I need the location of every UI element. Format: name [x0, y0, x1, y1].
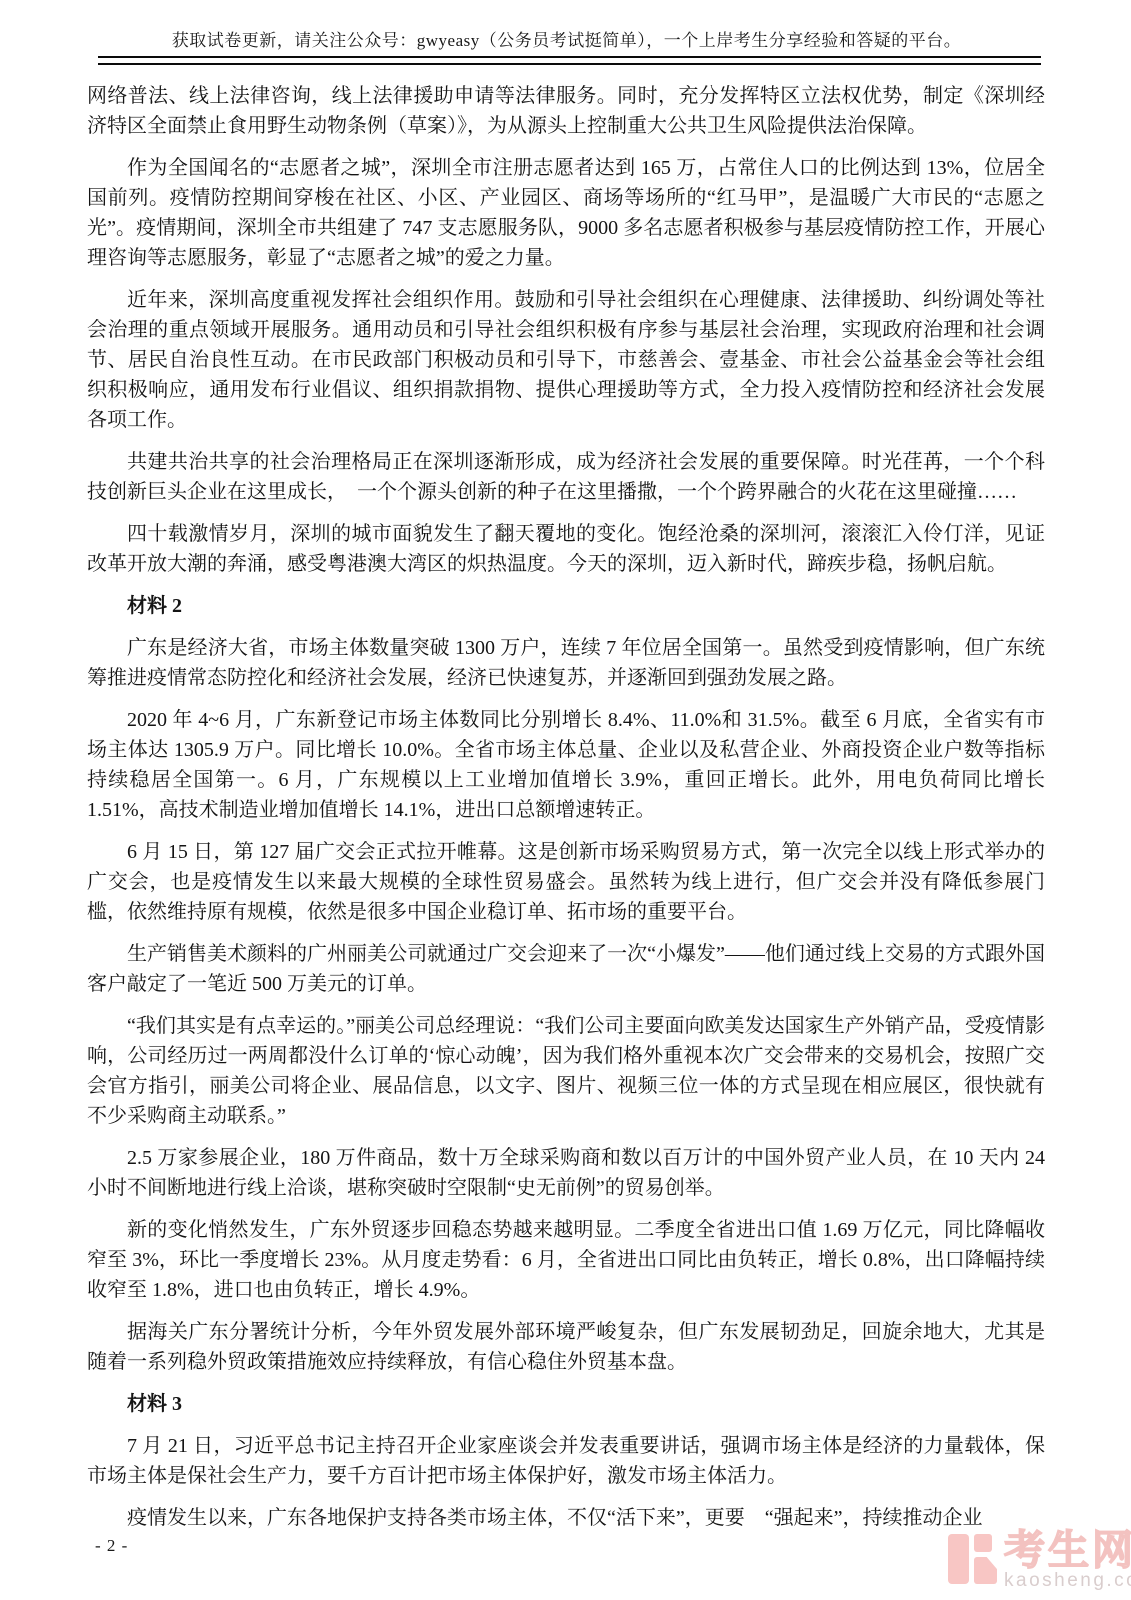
watermark-site-url: kaosheng.com — [1004, 1571, 1131, 1590]
document-content: 网络普法、线上法律咨询，线上法律援助申请等法律服务。同时，充分发挥特区立法权优势… — [87, 81, 1045, 1545]
logo-block-bottom — [974, 1557, 997, 1584]
paragraph: 共建共治共享的社会治理格局正在深圳逐渐形成，成为经济社会发展的重要保障。时光荏苒… — [87, 447, 1045, 507]
watermark-text: 考生网 kaosheng.com — [1004, 1530, 1131, 1590]
material-heading: 材料 2 — [87, 591, 1045, 621]
paragraph: 四十载激情岁月，深圳的城市面貌发生了翻天覆地的变化。饱经沧桑的深圳河，滚滚汇入伶… — [87, 519, 1045, 579]
kaosheng-logo-icon — [948, 1534, 998, 1584]
paragraph: 生产销售美术颜料的广州丽美公司就通过广交会迎来了一次“小爆发”——他们通过线上交… — [87, 939, 1045, 999]
paragraph: 据海关广东分署统计分析，今年外贸发展外部环境严峻复杂，但广东发展韧劲足，回旋余地… — [87, 1317, 1045, 1377]
watermark-site-name: 考生网 — [1004, 1530, 1131, 1570]
paragraph: 广东是经济大省，市场主体数量突破 1300 万户，连续 7 年位居全国第一。虽然… — [87, 633, 1045, 693]
paragraph: “我们其实是有点幸运的。”丽美公司总经理说：“我们公司主要面向欧美发达国家生产外… — [87, 1011, 1045, 1131]
material-heading: 材料 3 — [87, 1389, 1045, 1419]
paragraph: 新的变化悄然发生，广东外贸逐步回稳态势越来越明显。二季度全省进出口值 1.69 … — [87, 1215, 1045, 1305]
logo-bar-left — [948, 1534, 969, 1584]
document-page: 获取试卷更新，请关注公众号：gwyeasy（公务员考试挺简单），一个上岸考生分享… — [0, 0, 1131, 1600]
paragraph: 2.5 万家参展企业，180 万件商品，数十万全球采购商和数以百万计的中国外贸产… — [87, 1143, 1045, 1203]
paragraph: 网络普法、线上法律咨询，线上法律援助申请等法律服务。同时，充分发挥特区立法权优势… — [87, 81, 1045, 141]
paragraph: 6 月 15 日，第 127 届广交会正式拉开帷幕。这是创新市场采购贸易方式，第… — [87, 837, 1045, 927]
paragraph: 2020 年 4~6 月，广东新登记市场主体数同比分别增长 8.4%、11.0%… — [87, 705, 1045, 825]
paragraph: 7 月 21 日，习近平总书记主持召开企业家座谈会并发表重要讲话，强调市场主体是… — [87, 1431, 1045, 1491]
header-notice: 获取试卷更新，请关注公众号：gwyeasy（公务员考试挺简单），一个上岸考生分享… — [90, 26, 1043, 51]
paragraph: 作为全国闻名的“志愿者之城”，深圳全市注册志愿者达到 165 万，占常住人口的比… — [87, 153, 1045, 273]
page-number: - 2 - — [95, 1536, 128, 1556]
watermark: 考生网 kaosheng.com — [948, 1530, 1131, 1590]
paragraph: 疫情发生以来，广东各地保护支持各类市场主体，不仅“活下来”，更要 “强起来”，持… — [87, 1503, 1045, 1533]
logo-block-top — [974, 1534, 992, 1552]
header-double-rule — [98, 56, 1041, 65]
paragraph: 近年来，深圳高度重视发挥社会组织作用。鼓励和引导社会组织在心理健康、法律援助、纠… — [87, 285, 1045, 435]
